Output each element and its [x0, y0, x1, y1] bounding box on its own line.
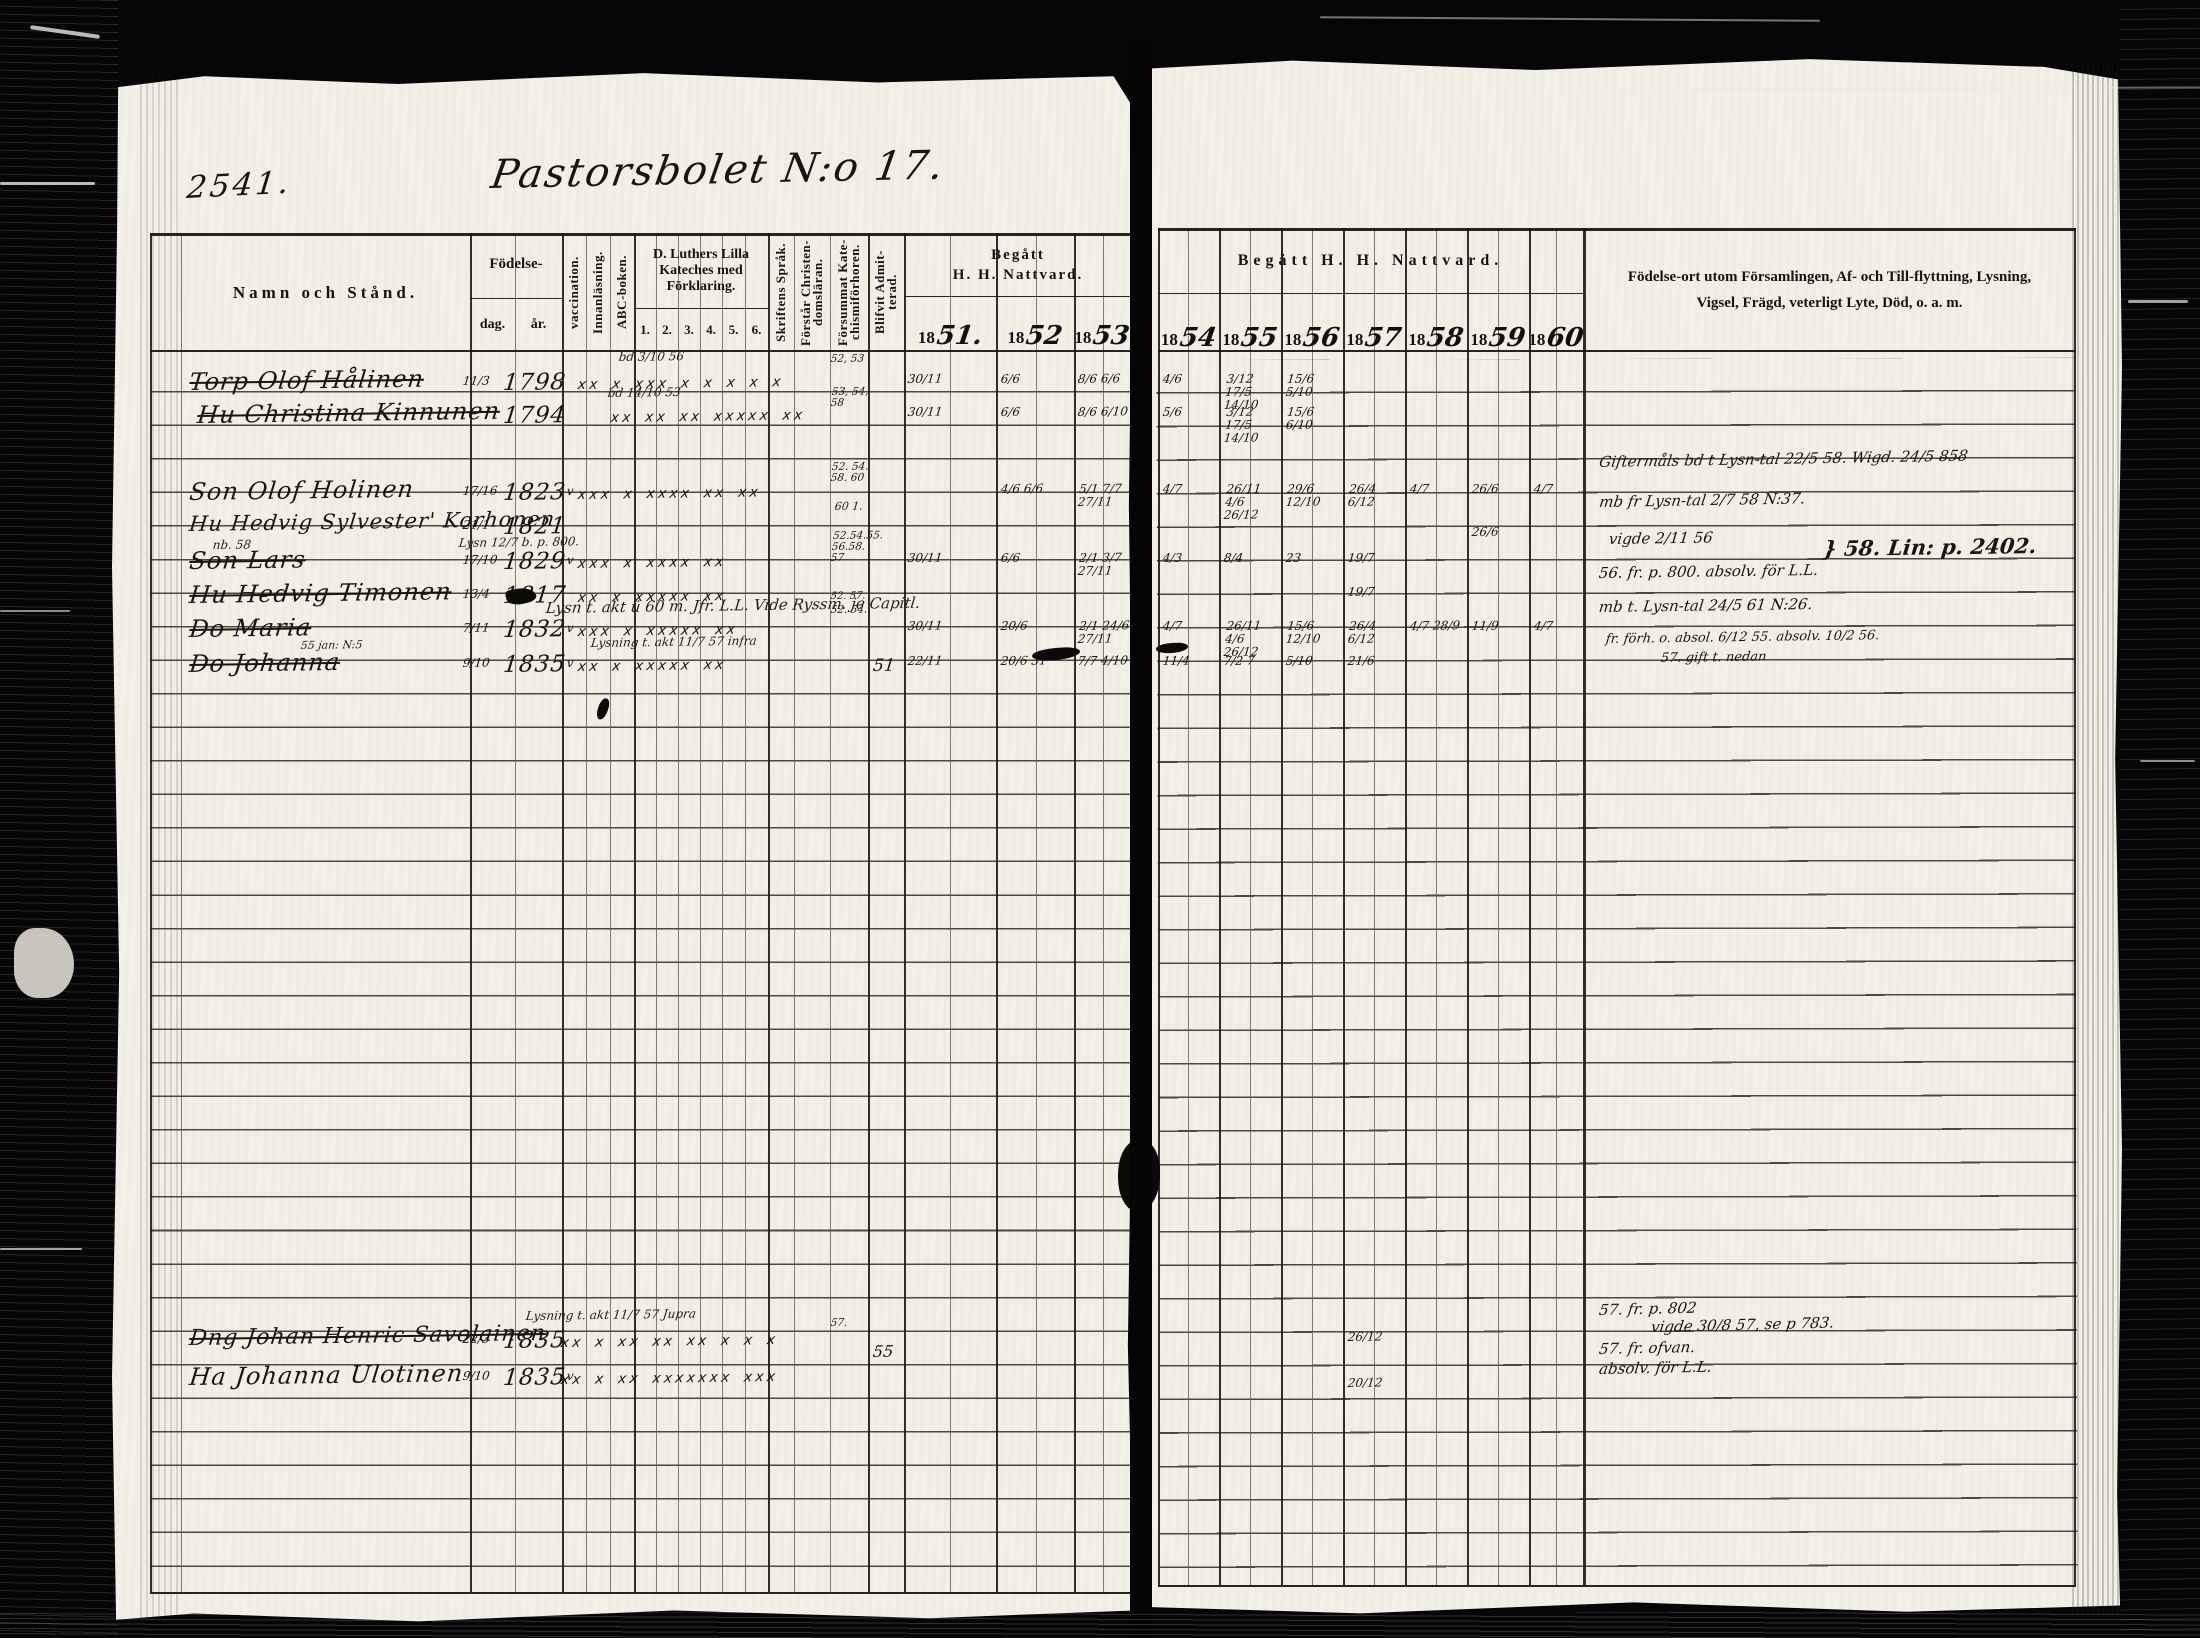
communion-1859: 26/6: [1471, 482, 1529, 496]
communion-1851: 30/11: [907, 372, 995, 386]
column-header-missed-examination: Försummat Kate- chismiförhoren.: [830, 233, 868, 352]
scratch: [0, 1248, 82, 1250]
gridline-v: [700, 233, 701, 1592]
column-header-abc-book: ABC-boken.: [610, 233, 634, 352]
gridline-v: [1467, 228, 1469, 1585]
communion-1858: 4/7: [1409, 482, 1467, 496]
right-edge-striping: [2072, 60, 2122, 1616]
year-prefix: 18: [1470, 330, 1487, 350]
gridline-h: [150, 1592, 1132, 1594]
year-header-1852: 18 52: [996, 298, 1074, 348]
communion-1852: 4/6 6/6: [1000, 482, 1074, 496]
annotation: mb t. Lysn-tal 24/5 61 N:26.: [1598, 595, 1813, 616]
communion-1852: 6/6: [1000, 405, 1074, 419]
reading-marks: xx x xxxxx xx: [577, 657, 728, 675]
bottom-scratches: [0, 1612, 2200, 1638]
communion-1856: 15/6 5/10: [1285, 372, 1344, 399]
column-header-birth: Födelse-: [470, 233, 562, 296]
communion-1856: 15/6 12/10: [1285, 619, 1344, 646]
scratch: [2128, 300, 2188, 303]
annotation: mb fr Lysn-tal 2/7 58 N:37.: [1598, 489, 1807, 511]
gridline-h: [904, 296, 1132, 297]
gridline-h: [1158, 293, 1583, 294]
column-header-vaccination: vaccination.: [562, 233, 586, 352]
column-header-communion-left: Begått H. H. Nattvard.: [904, 233, 1132, 296]
gridline-v: [181, 233, 182, 1592]
communion-1853: 2/1 3/7 27/11: [1077, 551, 1132, 578]
gridline-v: [996, 233, 998, 1592]
vaccination-mark: v: [566, 484, 574, 498]
right-black-scratches: [2120, 0, 2200, 1638]
reading-marks: xxx x xxxx xx: [577, 554, 728, 572]
catechism-subcol-1: 1.: [634, 308, 656, 352]
reading-marks: xx xx xx xxxxx xx: [610, 407, 806, 426]
year-prefix: 18: [1007, 328, 1024, 348]
communion-1856: 29/6 12/10: [1285, 482, 1344, 509]
entry-name: Hu Christina Kinnunen: [196, 397, 502, 429]
gridline-v: [586, 233, 587, 1592]
gridline-v: [745, 233, 746, 1592]
communion-1853: 7/7 4/10: [1077, 654, 1130, 668]
gridline-v: [904, 233, 906, 1592]
catechism-subcol-5: 5.: [722, 308, 745, 352]
entry-name: Son Olof Holinen: [188, 475, 416, 506]
gridline-v: [150, 233, 152, 1592]
communion-1854: 5/6: [1162, 405, 1219, 419]
communion-1855: 8/4: [1223, 551, 1281, 565]
gridline-v: [1498, 228, 1499, 1585]
reading-marks: xx x xx xxxxxxx xxx: [560, 1369, 779, 1388]
annotation: 57. fr. ofvan.: [1598, 1338, 1696, 1358]
year-digits: 54: [1178, 326, 1218, 350]
communion-1857: 21/6: [1347, 654, 1405, 668]
gridline-v: [1405, 228, 1407, 1585]
communion-1854: 4/7: [1162, 619, 1219, 633]
year-prefix: 18: [1074, 328, 1091, 348]
year-digits: 57: [1364, 326, 1404, 350]
column-header-name: Namn och Stånd.: [181, 233, 470, 352]
year-prefix: 18: [918, 328, 935, 348]
birth-year: 1835: [502, 651, 567, 678]
missed-years: 52. 54. 58. 60: [830, 461, 872, 484]
communion-1856: 23: [1285, 551, 1343, 565]
birth-year: 1835: [502, 1327, 567, 1354]
year-prefix: 18: [1284, 330, 1301, 350]
scratch: [14, 928, 74, 998]
year-header-1854: 18 54: [1158, 295, 1219, 350]
year-prefix: 18: [1161, 330, 1178, 350]
gutter-shadow: [1130, 40, 1152, 1638]
birth-year: 1798: [502, 369, 567, 396]
note: Lysning t. akt 11/7 57 infra: [590, 634, 758, 650]
communion-1855: 3/12 17/5 14/10: [1223, 405, 1283, 445]
note: 52. 57.: [830, 591, 866, 602]
column-header-communion-right: Begått H. H. Nattvard.: [1158, 228, 1583, 293]
note: nb. 58: [212, 537, 252, 552]
entry-name: Torp Olof Hålinen: [188, 365, 426, 396]
gridline-v: [1281, 228, 1283, 1585]
year-header-1853: 18 53: [1074, 298, 1130, 348]
column-header-reading: Innanläsning.: [586, 233, 610, 352]
column-header-birth-day: dag.: [470, 300, 515, 350]
communion-1852: 6/6: [1000, 551, 1074, 565]
year-digits: 60: [1546, 326, 1586, 350]
vaccination-mark: v: [566, 553, 574, 567]
year-digits: 51.: [935, 324, 984, 348]
annotation: absolv. för L.L.: [1598, 1358, 1713, 1378]
year-header-1859: 18 59: [1467, 295, 1529, 350]
left-table-body-rules: [150, 359, 1132, 1592]
admitted-year: 51: [872, 656, 896, 676]
column-header-remarks: Födelse-ort utom Församlingen, Af- och T…: [1583, 228, 2076, 352]
communion-1856: 15/6 6/10: [1285, 405, 1344, 432]
scanned-parish-register: { "page": { "number": "2541.", "title": …: [0, 0, 2200, 1638]
annotation: } 58. Lin: p. 2402.: [1822, 533, 2038, 561]
missed-years: 57.: [830, 1317, 871, 1329]
communion-1859: 26/6: [1471, 525, 1529, 539]
catechism-subcol-6: 6.: [745, 308, 768, 352]
communion-1855: 26/11 4/6 26/12: [1223, 482, 1283, 522]
column-header-admitted: Blifvit Admit- terad.: [868, 233, 904, 352]
year-digits: 52: [1025, 324, 1065, 348]
reading-marks: xxx x xxxx xx xx: [577, 484, 762, 503]
communion-1851: 30/11: [907, 551, 995, 565]
gridline-v: [1188, 228, 1189, 1585]
left-black-scratches: [0, 0, 118, 1638]
year-header-1860: 18 60: [1529, 295, 1583, 350]
gridline-v: [1074, 233, 1076, 1592]
admitted-year: 55: [872, 1342, 894, 1361]
annotation: vigde 2/11 56: [1608, 529, 1714, 548]
gridline-v: [656, 233, 657, 1592]
note: 55 jan: N:5: [300, 638, 363, 652]
vaccination-mark: v: [566, 621, 574, 635]
annotation: 57. gift t. nedan: [1660, 650, 1767, 666]
annotation: 56. fr. p. 800. absolv. för L.L.: [1598, 561, 1819, 582]
gridline-v: [1556, 228, 1557, 1585]
birth-year: 1835: [502, 1364, 567, 1391]
entry-name: Do Maria: [188, 613, 313, 643]
note: bd 3/10 56: [618, 349, 685, 364]
column-header-scripture-language: Skriftens Språk.: [768, 233, 794, 352]
page-title: Pastorsbolet N:o 17.: [488, 143, 948, 198]
gridline-v: [722, 233, 723, 1592]
gridline-v: [868, 233, 870, 1592]
gridline-v: [1103, 233, 1104, 1592]
communion-1853: 8/6 6/6: [1077, 372, 1130, 386]
year-header-1858: 18 58: [1405, 295, 1467, 350]
year-prefix: 18: [1222, 330, 1239, 350]
birth-year: 1794: [502, 402, 567, 429]
vaccination-mark: v: [566, 656, 574, 670]
gridline-v: [794, 233, 795, 1592]
missed-years: 53, 54, 58: [830, 386, 872, 409]
missed-years: 52, 53: [830, 353, 871, 365]
note: 60 1.: [834, 500, 863, 513]
catechism-subcol-4: 4.: [700, 308, 722, 352]
gridline-v: [1343, 228, 1345, 1585]
communion-1852: 6/6: [1000, 372, 1074, 386]
year-header-1851: 18 51.: [904, 298, 996, 348]
year-header-1855: 18 55: [1219, 295, 1281, 350]
communion-1852: 20/6: [1000, 619, 1074, 633]
gridline-v: [634, 233, 636, 1592]
entry-name: Ha Johanna Ulotinen: [188, 1359, 465, 1391]
note: bd 14/10 53: [607, 385, 681, 400]
gridline-v: [950, 233, 951, 1592]
year-digits: 53: [1092, 324, 1132, 348]
communion-1860: 4/7: [1533, 482, 1582, 496]
gridline-v: [470, 233, 472, 1592]
gridline-v: [610, 233, 611, 1592]
communion-1860: 4/7: [1533, 619, 1582, 633]
communion-1853: 2/1 24/6 27/11: [1077, 619, 1132, 646]
birth-year: 1829: [502, 548, 567, 575]
communion-1854: 4/7: [1162, 482, 1219, 496]
page-number: 2541.: [185, 165, 293, 206]
year-prefix: 18: [1528, 330, 1545, 350]
gridline-v: [1219, 228, 1221, 1585]
gridline-h: [1158, 1585, 2076, 1587]
scratch: [0, 182, 95, 185]
year-digits: 56: [1302, 326, 1342, 350]
note: Lysning t. akt 11/7 57 Jupra: [525, 1307, 697, 1323]
column-header-understands-doctrine: Förstår Christen- domsläran.: [794, 233, 830, 352]
gridline-v: [1036, 233, 1037, 1592]
gridline-v: [678, 233, 679, 1592]
reading-marks: xx x xx xx xx x x x: [560, 1332, 779, 1351]
communion-1854: 4/6: [1162, 372, 1219, 386]
entry-name: Hu Hedvig Timonen: [188, 577, 453, 609]
communion-1857: 20/12: [1347, 1376, 1405, 1390]
communion-1851: 30/11: [907, 405, 995, 419]
column-header-birth-year: år.: [515, 300, 562, 350]
year-header-1857: 18 57: [1343, 295, 1405, 350]
gridline-v: [1158, 228, 1160, 1585]
birth-year: 1823: [502, 479, 567, 506]
missed-years: 52.54.55. 56.58. 57: [830, 530, 874, 564]
communion-1856: 5/10: [1285, 654, 1343, 668]
catechism-subcol-3: 3.: [678, 308, 700, 352]
communion-1857: 19/7: [1347, 585, 1405, 599]
note: Lysn 12/7 b. p. 800.: [458, 534, 580, 550]
communion-1855: 7/2 7: [1223, 654, 1281, 668]
table-layer: 2541. Pastorsbolet N:o 17. Namn och Stån…: [0, 0, 2200, 1638]
gridline-v: [768, 233, 770, 1592]
gridline-h: [470, 298, 562, 299]
year-digits: 58: [1426, 326, 1466, 350]
communion-1857: 26/12: [1347, 1330, 1405, 1344]
communion-1851: 30/11: [907, 619, 995, 633]
entry-name: Do Johanna: [188, 648, 342, 678]
year-prefix: 18: [1408, 330, 1425, 350]
communion-1854: 11/4: [1162, 654, 1219, 668]
year-digits: 55: [1240, 326, 1280, 350]
year-digits: 59: [1488, 326, 1528, 350]
communion-1853: 8/6 6/10: [1077, 405, 1130, 419]
scratch: [2140, 760, 2195, 762]
communion-1857: 26/4 6/12: [1347, 482, 1406, 509]
column-header-catechism: D. Luthers Lilla Kateches med Förklaring…: [634, 233, 768, 308]
catechism-subcol-2: 2.: [656, 308, 678, 352]
communion-1859: 11/9: [1471, 619, 1529, 633]
communion-1857: 26/4 6/12: [1347, 619, 1406, 646]
communion-1858: 4/7 28/9: [1409, 619, 1467, 633]
year-header-1856: 18 56: [1281, 295, 1343, 350]
communion-1851: 22/11: [907, 654, 995, 668]
gridline-v: [1529, 228, 1531, 1585]
year-prefix: 18: [1346, 330, 1363, 350]
birth-year: 1832: [502, 616, 567, 643]
scratch: [0, 610, 70, 612]
gridline-v: [1583, 228, 1586, 1585]
communion-1853: 5/1 7/7 27/11: [1077, 482, 1132, 509]
annotation: 57. fr. p. 802: [1598, 1299, 1698, 1319]
gridline-v: [1436, 228, 1437, 1585]
communion-1854: 4/3: [1162, 551, 1219, 565]
communion-1857: 19/7: [1347, 551, 1405, 565]
gridline-v: [830, 233, 831, 1592]
